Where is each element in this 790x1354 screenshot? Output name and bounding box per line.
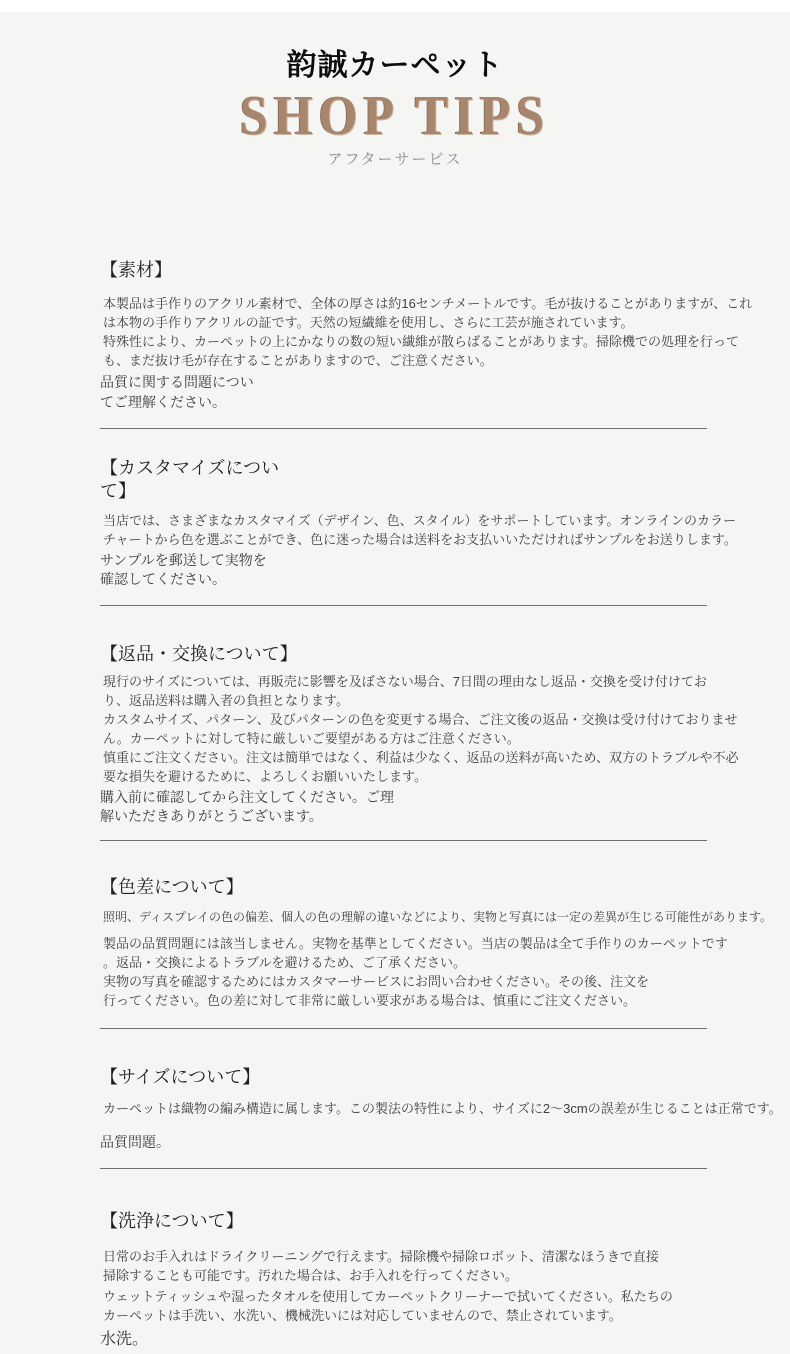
shop-tips-logo: SHOP TIPS [0, 80, 790, 149]
section-size-note: 品質問題。 [100, 1132, 790, 1152]
section-divider [100, 428, 707, 429]
section-material-heading: 【素材】 [100, 258, 790, 282]
section-washing-body1: 日常のお手入れはドライクリーニングで行えます。掃除機や掃除ロボット、清潔なほうき… [100, 1247, 790, 1285]
section-returns-note: 購入前に確認してから注文してください。ご理 解いただきありがとうございます。 [100, 788, 790, 826]
section-divider [100, 1028, 707, 1029]
info-sections: 【素材】 本製品は手作りのアクリル素材で、全体の厚さは約16センチメートルです。… [0, 258, 790, 1351]
section-divider [100, 840, 707, 841]
section-washing-note: 水洗。 [100, 1329, 790, 1351]
section-returns-body: 現行のサイズについては、再販売に影響を及ぼさない場合、7日間の理由なし返品・交換… [100, 672, 790, 786]
section-customize-heading: 【カスタマイズについ て】 [100, 457, 790, 503]
section-material: 【素材】 本製品は手作りのアクリル素材で、全体の厚さは約16センチメートルです。… [100, 258, 790, 429]
section-material-note: 品質に関する問題につい てご理解ください。 [100, 372, 790, 412]
section-washing-heading: 【洗浄について】 [100, 1209, 790, 1233]
section-washing-body2: ウェットティッシュや湿ったタオルを使用してカーペットクリーナーで拭いてください。… [100, 1287, 790, 1325]
section-washing: 【洗浄について】 日常のお手入れはドライクリーニングで行えます。掃除機や掃除ロボ… [100, 1209, 790, 1351]
section-material-body: 本製品は手作りのアクリル素材で、全体の厚さは約16センチメートルです。毛が抜ける… [100, 294, 790, 370]
section-colordiff-intro: 照明、ディスプレイの色の偏差、個人の色の理解の違いなどにより、実物と写真には一定… [100, 909, 790, 926]
section-colordiff-body: 製品の品質問題には該当しません。実物を基準としてください。当店の製品は全て手作り… [100, 934, 790, 1010]
after-service-subtitle: アフターサービス [0, 152, 790, 168]
section-size-body: カーペットは織物の編み構造に属します。この製法の特性により、サイズに2〜3cmの… [100, 1099, 790, 1118]
section-divider [100, 1168, 707, 1169]
section-divider [100, 605, 707, 606]
page-header: 韵誠カーペット SHOP TIPS アフターサービス [0, 12, 790, 168]
section-customize: 【カスタマイズについ て】 当店では、さまざまなカスタマイズ（デザイン、色、スタ… [100, 457, 790, 606]
section-returns-heading: 【返品・交換について】 [100, 642, 790, 666]
section-size-heading: 【サイズについて】 [100, 1065, 790, 1089]
section-returns-exchange: 【返品・交換について】 現行のサイズについては、再販売に影響を及ぼさない場合、7… [100, 642, 790, 841]
section-size: 【サイズについて】 カーペットは織物の編み構造に属します。この製法の特性により、… [100, 1065, 790, 1169]
shop-tips-page: 韵誠カーペット SHOP TIPS アフターサービス 【素材】 本製品は手作りの… [0, 0, 790, 1354]
section-customize-note: サンプルを郵送して実物を 確認してください。 [100, 551, 790, 589]
top-white-band [0, 0, 790, 12]
section-color-difference: 【色差について】 照明、ディスプレイの色の偏差、個人の色の理解の違いなどにより、… [100, 875, 790, 1029]
section-customize-body: 当店では、さまざまなカスタマイズ（デザイン、色、スタイル）をサポートしています。… [100, 511, 790, 549]
section-colordiff-heading: 【色差について】 [100, 875, 790, 899]
brand-title: 韵誠カーペット [0, 12, 790, 82]
